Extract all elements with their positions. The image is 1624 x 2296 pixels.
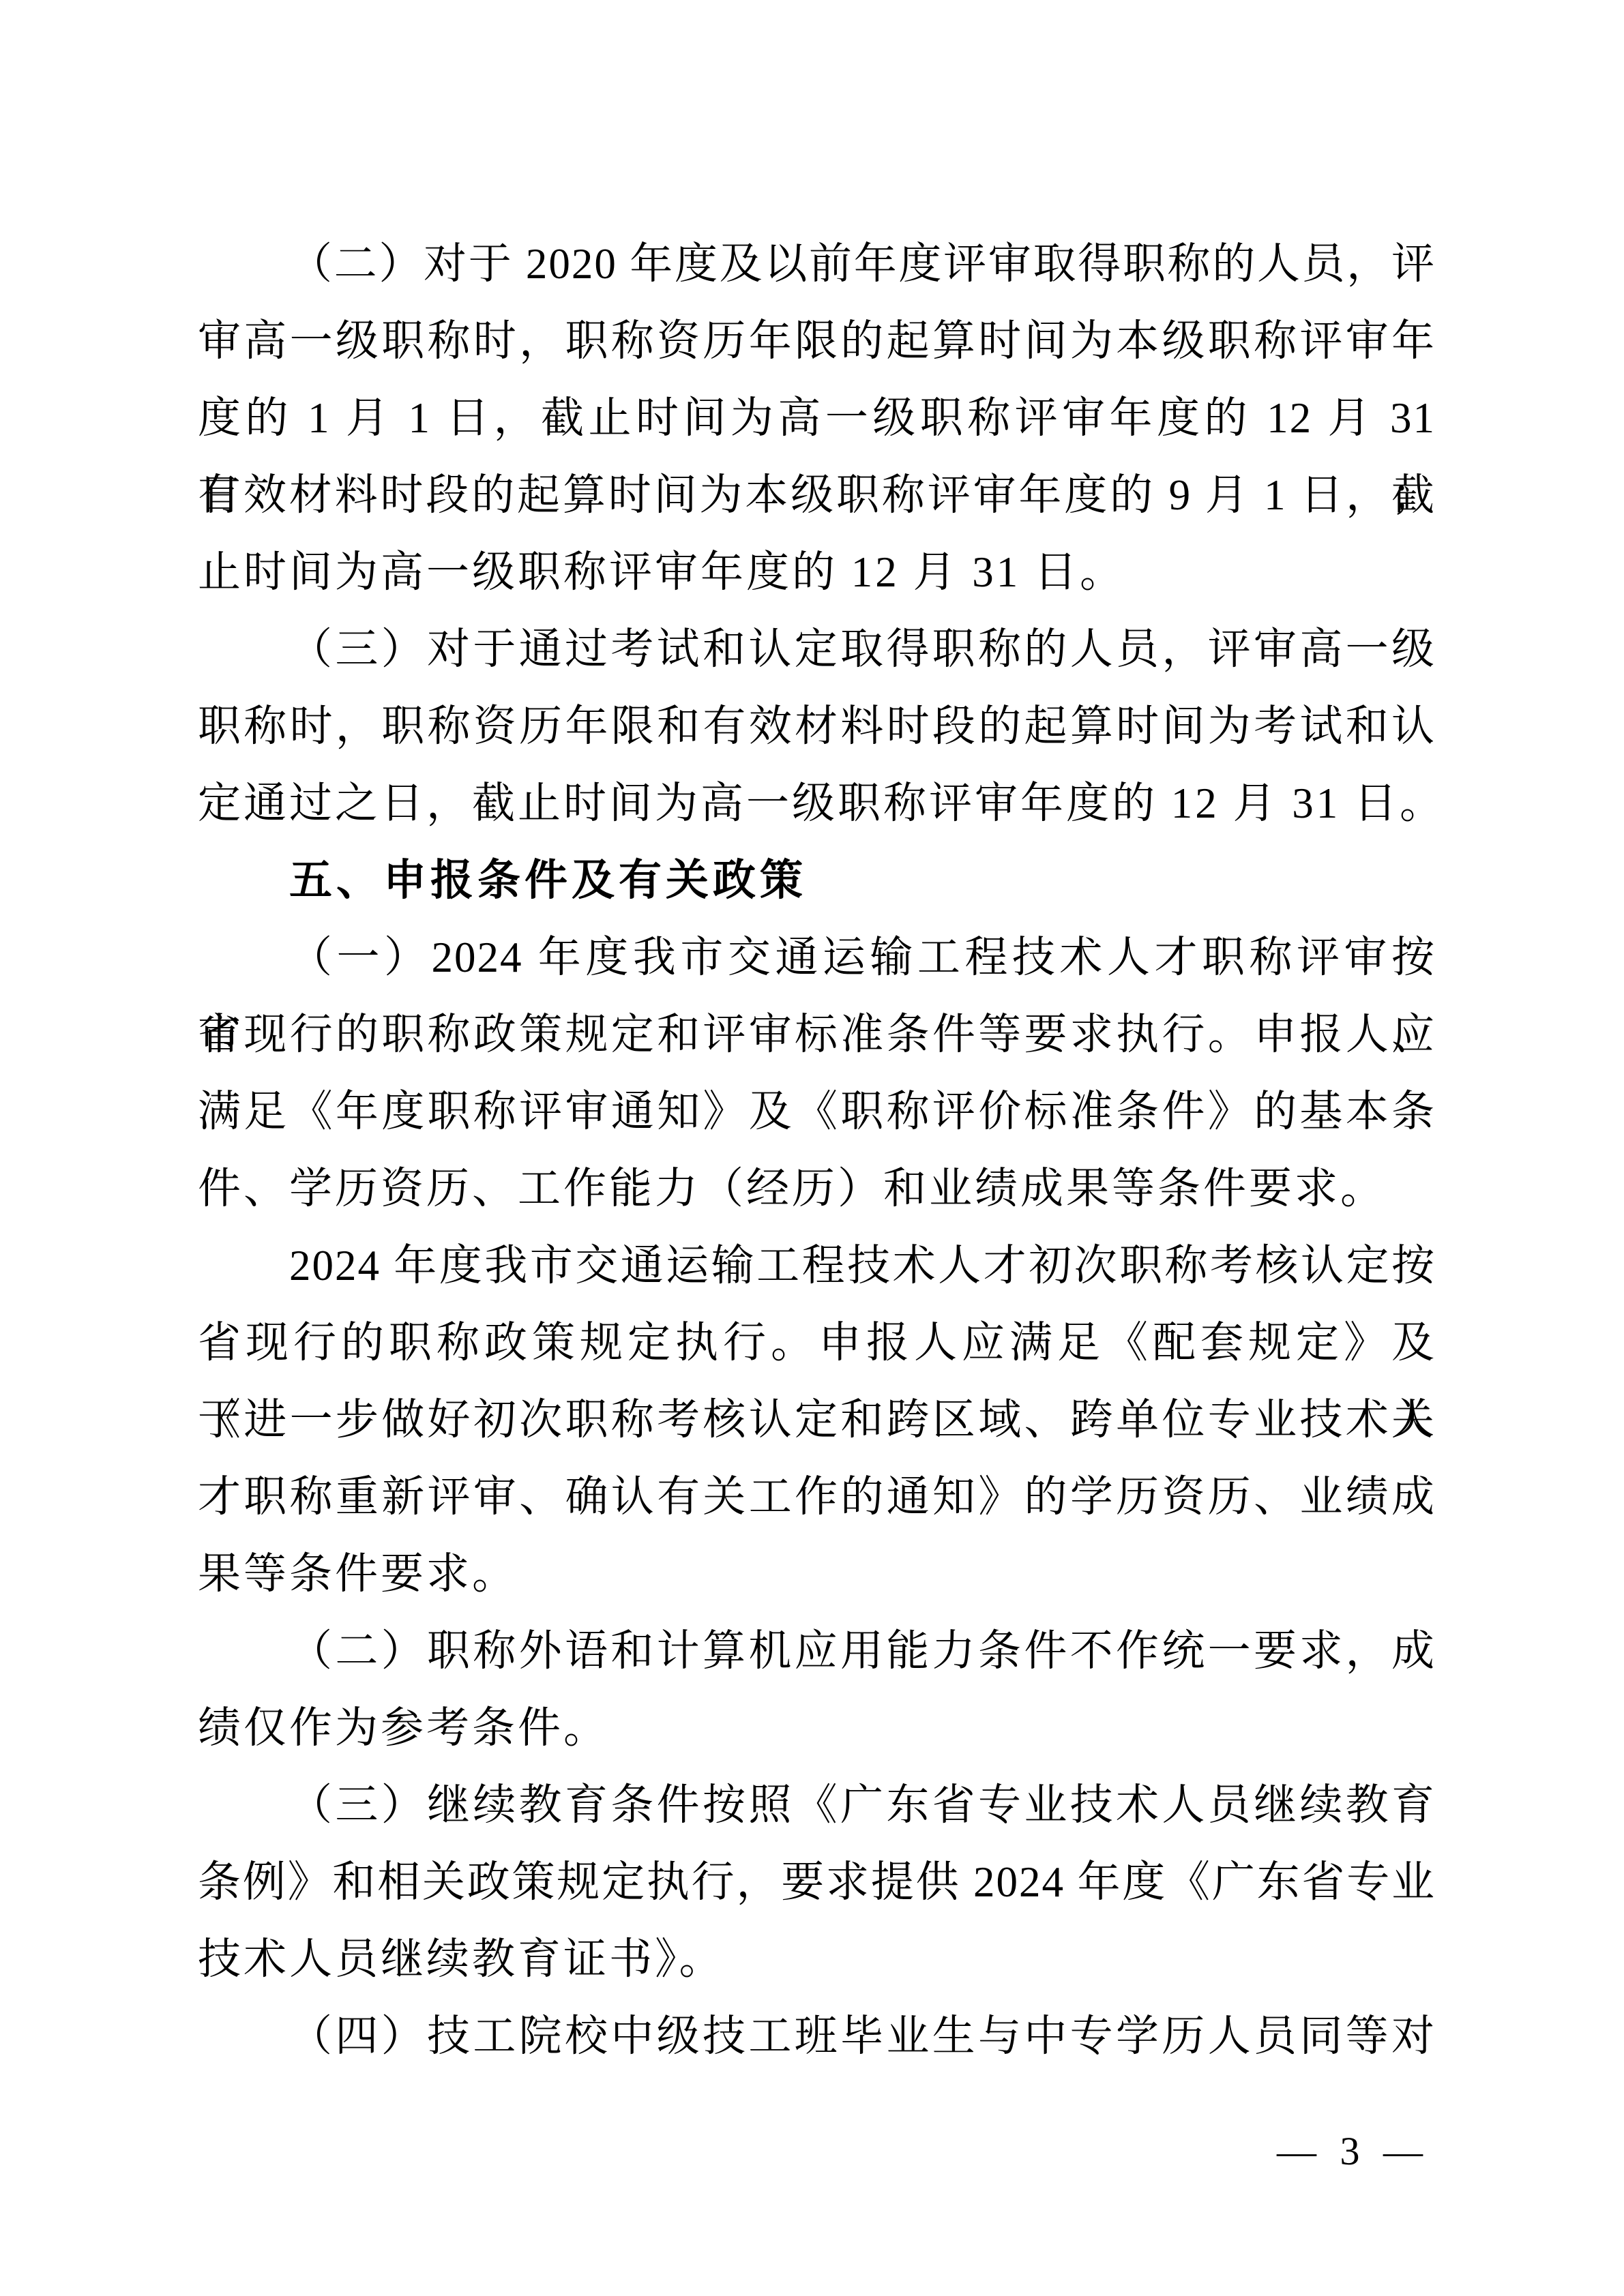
section-heading: 五、申报条件及有关政策 [198, 842, 1436, 919]
page-number: — 3 — [1277, 2132, 1424, 2171]
text-line: 职称时，职称资历年限和有效材料时段的起算时间为考试和认 [198, 688, 1436, 765]
text-line: （四）技工院校中级技工班毕业生与中专学历人员同等对 [198, 1998, 1436, 2075]
text-line: （二）职称外语和计算机应用能力条件不作统一要求，成 [198, 1613, 1436, 1690]
text-line: 定通过之日，截止时间为高一级职称评审年度的 12 月 31 日。 [198, 765, 1436, 842]
text-line: 于进一步做好初次职称考核认定和跨区域、跨单位专业技术人 [198, 1382, 1436, 1459]
text-line: 度的 1 月 1 日，截止时间为高一级职称评审年度的 12 月 31 日； [198, 380, 1436, 457]
text-line: 才职称重新评审、确认有关工作的通知》的学历资历、业绩成 [198, 1459, 1436, 1536]
text-line: 条例》和相关政策规定执行，要求提供 2024 年度《广东省专业 [198, 1844, 1436, 1921]
text-line: （三）对于通过考试和认定取得职称的人员，评审高一级 [198, 611, 1436, 688]
text-line: （一）2024 年度我市交通运输工程技术人才职称评审按省、 [198, 919, 1436, 996]
text-line: 市现行的职称政策规定和评审标准条件等要求执行。申报人应 [198, 996, 1436, 1073]
text-line: 审高一级职称时，职称资历年限的起算时间为本级职称评审年 [198, 303, 1436, 380]
text-line: 有效材料时段的起算时间为本级职称评审年度的 9 月 1 日，截 [198, 457, 1436, 534]
text-line: （三）继续教育条件按照《广东省专业技术人员继续教育 [198, 1767, 1436, 1844]
document-body: （二）对于 2020 年度及以前年度评审取得职称的人员，评审高一级职称时，职称资… [198, 226, 1436, 2075]
text-line: 技术人员继续教育证书》。 [198, 1921, 1436, 1998]
text-line: 2024 年度我市交通运输工程技术人才初次职称考核认定按 [198, 1227, 1436, 1304]
text-line: 绩仅作为参考条件。 [198, 1690, 1436, 1767]
text-line: 满足《年度职称评审通知》及《职称评价标准条件》的基本条 [198, 1073, 1436, 1150]
text-line: 件、学历资历、工作能力（经历）和业绩成果等条件要求。 [198, 1150, 1436, 1227]
text-line: 果等条件要求。 [198, 1536, 1436, 1613]
document-page: （二）对于 2020 年度及以前年度评审取得职称的人员，评审高一级职称时，职称资… [0, 0, 1624, 2296]
text-line: 止时间为高一级职称评审年度的 12 月 31 日。 [198, 534, 1436, 611]
text-line: 省现行的职称政策规定执行。申报人应满足《配套规定》及《关 [198, 1304, 1436, 1382]
text-line: （二）对于 2020 年度及以前年度评审取得职称的人员，评 [198, 226, 1436, 303]
